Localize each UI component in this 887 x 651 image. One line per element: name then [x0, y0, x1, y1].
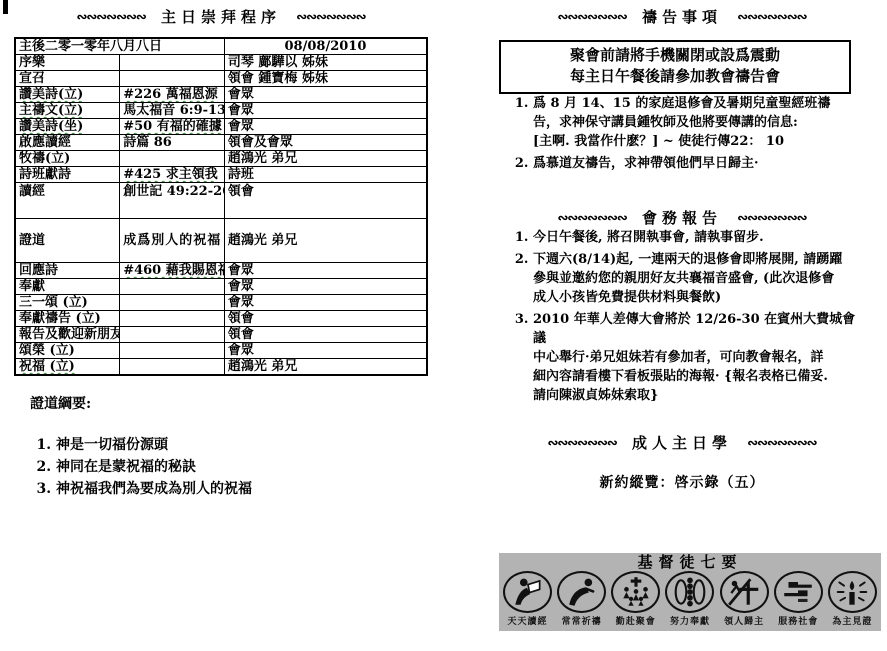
sermon-outline-heading: 證道綱要:: [30, 393, 428, 413]
order-person-cell: 會眾: [224, 119, 427, 135]
sermon-title-cell: 成爲別人的祝福: [120, 219, 225, 263]
essential-item: 為主見證: [826, 571, 879, 627]
table-row: 序樂 司琴 鄺驊以 姊妹: [15, 55, 427, 71]
order-item-cell: 奉獻: [15, 279, 120, 295]
table-row: 回應詩 #460 藉我賜恩福 會眾: [15, 263, 427, 279]
order-item-cell: 牧禱(立): [15, 151, 120, 167]
notice-line: 每主日午餐後請參加教會禱告會: [505, 66, 845, 87]
order-person-cell: 會眾: [224, 263, 427, 279]
order-person-cell: 領會: [224, 183, 427, 219]
church-report-list: 今日午餐後, 將召開執事會, 請執事留步. 下週六(8/14)起, 一連兩天的退…: [497, 228, 867, 405]
outline-point: 神祝福我們為要成為別人的祝福: [56, 481, 428, 498]
order-person-cell: 趙鴻光 弟兄: [224, 359, 427, 376]
order-person-cell: 會眾: [224, 103, 427, 119]
date-value-cell: 08/08/2010: [224, 38, 427, 55]
church-report-title: ∾∾∾∾∾∾∾ 會務報告 ∾∾∾∾∾∾∾: [497, 207, 867, 228]
prayer-item: 爲慕道友禱告，求神帶領他們早日歸主·: [533, 154, 867, 173]
report-item: 下週六(8/14)起, 一連兩天的退修會即將展開, 請踴躍 參與並邀約您的親朋好…: [533, 250, 867, 307]
order-item-cell: 啟應讀經: [15, 135, 120, 151]
table-row: 奉獻 會眾: [15, 279, 427, 295]
worship-order-title: ∾∾∾∾∾∾∾ 主日崇拜程序 ∾∾∾∾∾∾∾: [14, 6, 428, 27]
order-content-cell: [120, 327, 225, 343]
ornament-icon: ∾∾∾∾∾∾∾: [737, 211, 806, 226]
table-row-sermon: 證道 成爲別人的祝福 趙鴻光 弟兄: [15, 219, 427, 263]
order-content-cell: [120, 343, 225, 359]
essential-item: 服務社會: [772, 571, 825, 627]
prayer-item: 爲 8 月 14、15 的家庭退修會及暑期兒童聖經班禱 告，求神保守講員鍾牧師及…: [533, 94, 867, 151]
order-content-cell: [120, 279, 225, 295]
ornament-icon: ∾∾∾∾∾∾∾: [737, 10, 806, 25]
sunday-school-title: ∾∾∾∾∾∾∾ 成人主日學 ∾∾∾∾∾∾∾: [497, 432, 867, 453]
serving-hands-icon: [774, 571, 823, 613]
order-item-cell: 讀經: [15, 183, 120, 219]
order-content-cell: #425 求主領我: [120, 167, 225, 183]
order-person-cell: 會眾: [224, 295, 427, 311]
order-content-cell: [120, 55, 225, 71]
order-item-cell: 讚美詩(立): [15, 87, 120, 103]
announcements-section: ∾∾∾∾∾∾∾ 禱告事項 ∾∾∾∾∾∾∾ 聚會前請將手機關閉或設爲震動 每主日午…: [497, 6, 867, 492]
notice-line: 聚會前請將手機關閉或設爲震動: [505, 45, 845, 66]
table-row: 讚美詩(立) #226 萬福恩源 會眾: [15, 87, 427, 103]
bulletin-page: ∾∾∾∾∾∾∾ 主日崇拜程序 ∾∾∾∾∾∾∾ 主後二零一零年八月八日 08/08…: [0, 0, 887, 651]
order-person-cell: 領會 鍾寶梅 姊妹: [224, 71, 427, 87]
fish-coins-icon: [665, 571, 714, 613]
praying-icon: [557, 571, 606, 613]
order-person-cell: 詩班: [224, 167, 427, 183]
table-row: 三一頌 (立) 會眾: [15, 295, 427, 311]
seven-essentials-title: 基督徒七要: [499, 553, 881, 571]
order-person-cell: 趙鴻光 弟兄: [224, 219, 427, 263]
order-person-cell: 領會: [224, 327, 427, 343]
order-item-cell: 讚美詩(坐): [15, 119, 120, 135]
table-row: 報告及歡迎新朋友 領會: [15, 327, 427, 343]
order-content-cell: [120, 295, 225, 311]
essential-item: 常常祈禱: [555, 571, 608, 627]
ornament-icon: ∾∾∾∾∾∾∾: [558, 10, 627, 25]
ornament-icon: ∾∾∾∾∾∾∾: [548, 436, 617, 451]
order-item-cell: 祝福 (立): [15, 359, 120, 376]
essential-label: 為主見證: [826, 614, 879, 627]
order-content-cell: [120, 359, 225, 376]
essential-item: 領人歸主: [718, 571, 771, 627]
essential-label: 領人歸主: [718, 614, 771, 627]
essential-item: 努力奉獻: [663, 571, 716, 627]
worship-title-text: 主日崇拜程序: [161, 8, 281, 26]
seven-essentials-row: 天天讀經 常常祈禱: [499, 571, 881, 627]
table-row: 奉獻禱告 (立) 領會: [15, 311, 427, 327]
candle-icon: [828, 571, 877, 613]
prayer-title-text: 禱告事項: [642, 8, 722, 26]
order-item-cell: 證道: [15, 219, 120, 263]
table-row: 詩班獻詩 #425 求主領我 詩班: [15, 167, 427, 183]
order-item-cell: 序樂: [15, 55, 120, 71]
table-row: 讚美詩(坐) #50 有福的確據 會眾: [15, 119, 427, 135]
essential-label: 努力奉獻: [663, 614, 716, 627]
order-content-cell: [120, 151, 225, 167]
worship-order-section: ∾∾∾∾∾∾∾ 主日崇拜程序 ∾∾∾∾∾∾∾ 主後二零一零年八月八日 08/08…: [14, 6, 428, 503]
order-item-cell: 報告及歡迎新朋友: [15, 327, 120, 343]
ornament-icon: ∾∾∾∾∾∾∾: [77, 10, 146, 25]
order-item-cell: 宣召: [15, 71, 120, 87]
ornament-icon: ∾∾∾∾∾∾∾: [747, 436, 816, 451]
essential-item: 勤赴聚會: [609, 571, 662, 627]
order-content-cell: [120, 71, 225, 87]
order-person-cell: 領會: [224, 311, 427, 327]
essential-item: 天天讀經: [501, 571, 554, 627]
congregation-cross-icon: [611, 571, 660, 613]
order-content-cell: [120, 311, 225, 327]
notice-box: 聚會前請將手機關閉或設爲震動 每主日午餐後請參加教會禱告會: [499, 40, 851, 94]
table-row: 頌榮 (立) 會眾: [15, 343, 427, 359]
report-item: 今日午餐後, 將召開執事會, 請執事留步.: [533, 228, 867, 247]
reading-bible-icon: [503, 571, 552, 613]
sunday-school-title-text: 成人主日學: [632, 434, 732, 452]
ornament-icon: ∾∾∾∾∾∾∾: [296, 10, 365, 25]
order-person-cell: 會眾: [224, 343, 427, 359]
person-cross-icon: [720, 571, 769, 613]
order-content-cell: 詩篇 86: [120, 135, 225, 151]
prayer-items-title: ∾∾∾∾∾∾∾ 禱告事項 ∾∾∾∾∾∾∾: [497, 6, 867, 27]
order-person-cell: 會眾: [224, 279, 427, 295]
date-label-cell: 主後二零一零年八月八日: [15, 38, 224, 55]
outline-point: 神同在是蒙祝福的秘訣: [56, 459, 428, 476]
order-item-cell: 回應詩: [15, 263, 120, 279]
prayer-items-list: 爲 8 月 14、15 的家庭退修會及暑期兒童聖經班禱 告，求神保守講員鍾牧師及…: [497, 94, 867, 173]
table-row: 宣召 領會 鍾寶梅 姊妹: [15, 71, 427, 87]
order-content-cell: #50 有福的確據: [120, 119, 225, 135]
table-row: 主禱文(立) 馬太福音 6:9-13 會眾: [15, 103, 427, 119]
table-row: 啟應讀經 詩篇 86 領會及會眾: [15, 135, 427, 151]
order-item-cell: 頌榮 (立): [15, 343, 120, 359]
table-row-date: 主後二零一零年八月八日 08/08/2010: [15, 38, 427, 55]
essential-label: 天天讀經: [501, 614, 554, 627]
worship-order-table: 主後二零一零年八月八日 08/08/2010 序樂 司琴 鄺驊以 姊妹 宣召 領…: [14, 37, 428, 376]
sermon-outline-list: 神是一切福份源頭 神同在是蒙祝福的秘訣 神祝福我們為要成為別人的祝福: [56, 437, 428, 498]
order-person-cell: 會眾: [224, 87, 427, 103]
order-content-cell: 馬太福音 6:9-13: [120, 103, 225, 119]
scan-artifact-mark: [3, 0, 8, 14]
sunday-school-topic: 新約縱覽：啓示錄（五）: [497, 472, 867, 492]
order-person-cell: 趙鴻光 弟兄: [224, 151, 427, 167]
essential-label: 勤赴聚會: [609, 614, 662, 627]
sermon-outline: 證道綱要: 神是一切福份源頭 神同在是蒙祝福的秘訣 神祝福我們為要成為別人的祝福: [14, 393, 428, 498]
ornament-icon: ∾∾∾∾∾∾∾: [558, 211, 627, 226]
essential-label: 服務社會: [772, 614, 825, 627]
order-content-cell: 創世記 49:22-26: [120, 183, 225, 219]
table-row: 讀經 創世記 49:22-26 領會: [15, 183, 427, 219]
order-person-cell: 司琴 鄺驊以 姊妹: [224, 55, 427, 71]
order-content-cell: #460 藉我賜恩福: [120, 263, 225, 279]
report-title-text: 會務報告: [642, 209, 722, 227]
table-row: 祝福 (立) 趙鴻光 弟兄: [15, 359, 427, 376]
essential-label: 常常祈禱: [555, 614, 608, 627]
seven-essentials-panel: 基督徒七要 天天讀經: [499, 553, 881, 631]
order-item-cell: 主禱文(立): [15, 103, 120, 119]
outline-point: 神是一切福份源頭: [56, 437, 428, 454]
order-item-cell: 詩班獻詩: [15, 167, 120, 183]
order-item-cell: 奉獻禱告 (立): [15, 311, 120, 327]
table-row: 牧禱(立) 趙鴻光 弟兄: [15, 151, 427, 167]
report-item: 2010 年華人差傳大會將於 12/26-30 在賓州大費城會議 中心舉行·弟兄…: [533, 310, 867, 405]
order-item-cell: 三一頌 (立): [15, 295, 120, 311]
order-person-cell: 領會及會眾: [224, 135, 427, 151]
order-content-cell: #226 萬福恩源: [120, 87, 225, 103]
